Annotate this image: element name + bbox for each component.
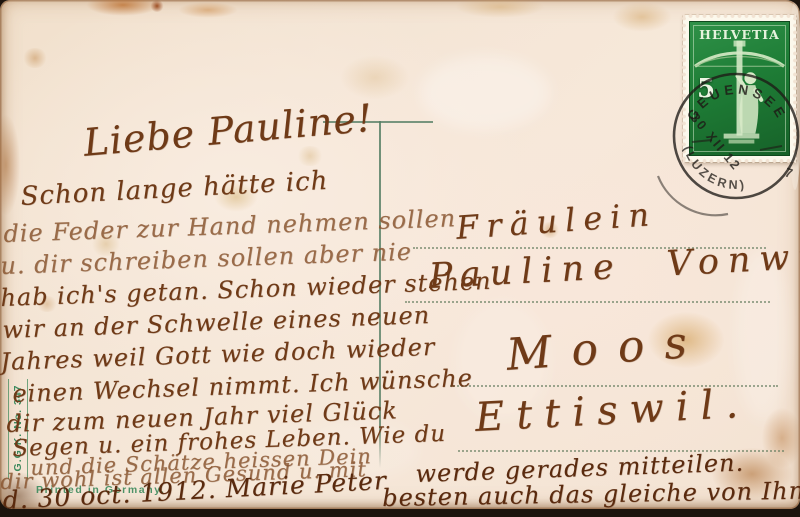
stamp-perforation [683,13,796,19]
stain [150,0,164,12]
postmark-hour: 7 [783,165,795,182]
address-recipient-title: Fräulein [455,198,658,244]
stain [0,115,20,215]
message-line: Schon lange hätte ich [20,168,329,210]
postmark-cancel: GEUENSEE (LUZERN) 30 XII 12 7 [656,56,800,218]
stain [86,0,160,16]
address-locality: Moos [505,320,708,378]
stain [296,146,324,166]
address-town: Ettiswil. [474,384,751,438]
message-greeting: Liebe Pauline! [82,99,375,162]
stain [612,2,672,32]
address-rule-2 [405,301,770,303]
stain [762,408,800,468]
message-closing-line: besten auch das gleiche von Ihnen [382,478,800,509]
stain [178,2,238,18]
stain [340,55,410,100]
emboss-pattern [420,55,550,130]
stain [455,0,545,18]
postcard-back: G.G.K. No. 347 Printed in Germany. Liebe… [0,0,800,509]
stain [22,48,48,68]
